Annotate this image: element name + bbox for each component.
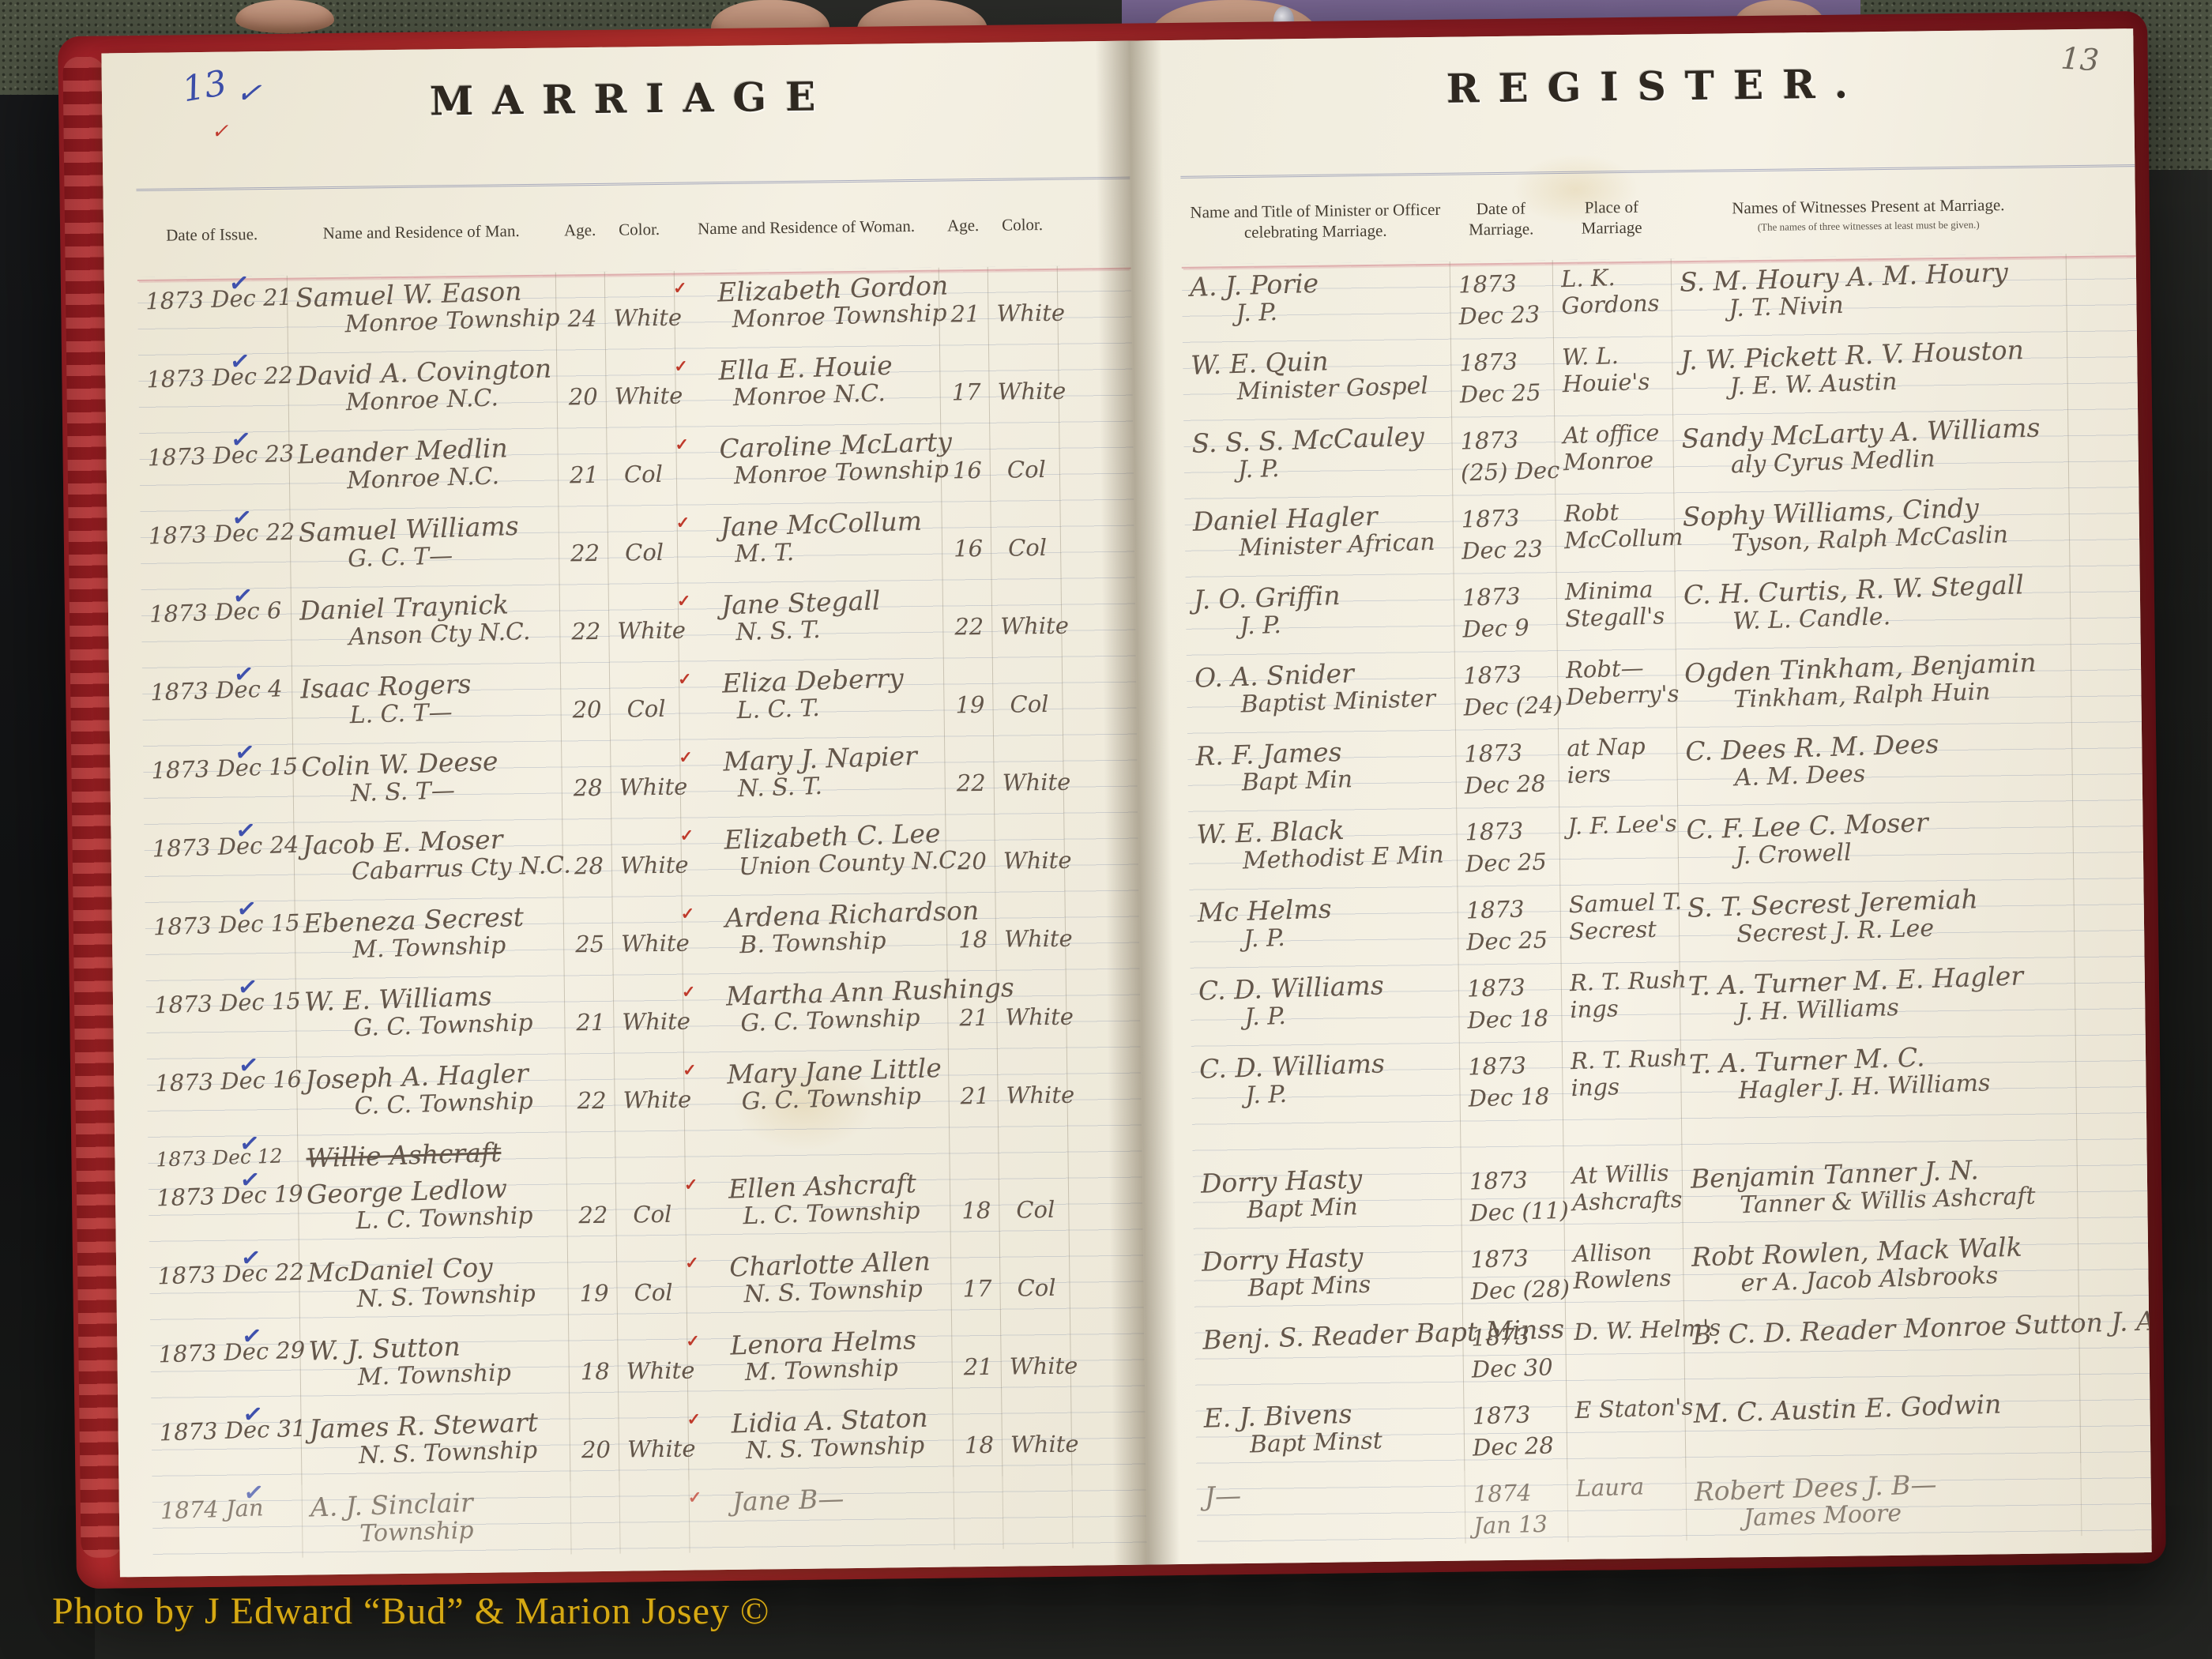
red-check-icon: ✓ — [679, 826, 694, 845]
cell-minister: Mc Helms J. P. — [1189, 887, 1458, 969]
cell-witnesses: B. C. D. Reader Monroe Sutton J. A. Helm… — [1684, 1307, 2080, 1390]
table-row: 1874 Jan ✓ A. J. Sinclair Township ✓ Jan… — [152, 1475, 1147, 1559]
cell-woman-age: 17 — [940, 345, 990, 424]
table-row: E. J. Bivens Bapt Minst 1873 Dec 28 E St… — [1195, 1384, 2150, 1474]
cell-man-age: 21 — [558, 428, 608, 507]
table-row: C. D. Williams J. P. 1873 Dec 18 R. T. R… — [1191, 1035, 2146, 1125]
table-row: 1873 Dec 15 ✓ Colin W. Deese N. S. T— 28… — [143, 735, 1138, 825]
marriage-register-book: 13 ✓ ✓ MARRIAGE Date of Issue. Name and … — [58, 11, 2166, 1589]
cell-issue-date: 1873 Dec 22 ✓ — [140, 510, 291, 590]
marriage-year: 1873 — [1466, 972, 1556, 1003]
cell-woman-color: White — [988, 266, 1059, 345]
woman-residence: N. S. T. — [735, 612, 939, 646]
cell-man-age: 28 — [562, 741, 611, 820]
cell-woman: ✓ Ella E. Houie Monroe N.C. — [675, 346, 941, 427]
cell-woman: ✓ — [685, 1128, 950, 1168]
red-check-icon: ✓ — [679, 747, 693, 767]
issue-date-text: 1873 Dec 6 — [149, 596, 287, 627]
cell-man-color: White — [605, 271, 675, 350]
cell-witnesses: Robert Dees J. B— James Moore — [1686, 1463, 2082, 1540]
blue-check-icon: ✓ — [229, 425, 252, 455]
cell-witnesses: Sandy McLarty A. Williams aly Cyrus Medl… — [1673, 410, 2069, 493]
cell-man: Colin W. Deese N. S. T— — [293, 742, 562, 823]
right-page: REGISTER. 13 Name and Title of Minister … — [1128, 28, 2151, 1564]
woman-residence: Union County N.C. — [738, 847, 941, 881]
cell-woman-color: White — [1001, 1319, 1071, 1398]
cell-man-color: Col — [617, 1246, 687, 1325]
issue-date-text: 1873 Dec 22 — [157, 1258, 295, 1289]
cell-issue-date: 1873 Dec 24 ✓ — [144, 823, 295, 903]
cell-woman-color: White — [998, 1048, 1068, 1127]
cell-woman: ✓ Elizabeth Gordon Monroe Township — [675, 268, 940, 349]
issue-date-text: 1873 Dec 23 — [147, 440, 284, 471]
table-row: J. O. Griffin J. P. 1873 Dec 9 Minima St… — [1186, 566, 2141, 656]
cell-woman: ✓ Mary J. Napier N. S. T. — [680, 737, 946, 818]
marriage-year: 1873 — [1461, 503, 1551, 533]
man-residence: N. S. Township — [356, 1279, 563, 1313]
blue-check-icon: ✓ — [230, 503, 253, 533]
minister-name: Benj. S. Reader Bapt Minss — [1202, 1317, 1458, 1356]
cell-witnesses: Robt Rowlen, Mack Walk er A. Jacob Alsbr… — [1683, 1228, 2079, 1311]
cell-issue-date: 1873 Dec 22 ✓ — [138, 354, 289, 434]
cell-marriage-date: 1874 Jan 13 — [1465, 1469, 1568, 1544]
table-row: 1873 Dec 16 ✓ Joseph A. Hagler C. C. Tow… — [147, 1048, 1142, 1138]
issue-date-text: 1873 Dec 4 — [150, 675, 288, 705]
table-row: 1873 Dec 24 ✓ Jacob E. Moser Cabarrus Ct… — [144, 813, 1138, 903]
minister-title: J. P. — [1237, 450, 1447, 483]
cell-man-age: 22 — [566, 1054, 615, 1133]
cell-issue-date: 1873 Dec 22 ✓ — [149, 1251, 300, 1330]
issue-date-text: 1873 Dec 16 — [155, 1066, 292, 1097]
cell-man-age — [566, 1132, 616, 1169]
woman-residence: Monroe N.C. — [732, 378, 935, 412]
cell-marriage-date: 1873 Dec 30 — [1463, 1313, 1567, 1393]
marriage-year: 1873 — [1469, 1165, 1559, 1195]
finger — [235, 0, 334, 33]
header-age2: Age. — [939, 215, 987, 236]
woman-residence: M. Township — [744, 1352, 947, 1386]
cell-man-color: White — [609, 584, 679, 663]
woman-residence: B. Township — [739, 925, 942, 959]
cell-issue-date: 1873 Dec 4 ✓ — [142, 667, 293, 747]
cell-place: E Staton's — [1567, 1390, 1686, 1469]
place-line1: E Staton's — [1574, 1394, 1680, 1424]
place-line1: At office — [1563, 419, 1668, 449]
blue-check-icon: ✓ — [240, 1322, 263, 1352]
issue-date-text: 1874 Jan — [160, 1493, 297, 1524]
cell-man-color: White — [615, 1053, 685, 1132]
cell-woman-color: White — [992, 579, 1063, 658]
man-name: Willie Ashcraft — [306, 1134, 562, 1173]
cell-place: At office Monroe — [1555, 415, 1674, 495]
marriage-day: Jan 13 — [1473, 1510, 1563, 1540]
cell-marriage-date: 1873 Dec 23 — [1450, 260, 1554, 340]
cell-issue-date: 1873 Dec 15 ✓ — [145, 901, 296, 981]
witnesses-line1: M. C. Austin E. Godwin — [1693, 1386, 2075, 1429]
cell-man-color: White — [611, 740, 681, 819]
issue-date-text: 1873 Dec 24 — [152, 831, 289, 862]
blue-check-icon: ✓ — [243, 1478, 265, 1508]
marriage-day: Dec (11) — [1469, 1197, 1559, 1227]
cell-issue-date: 1873 Dec 21 ✓ — [137, 276, 288, 355]
cell-man: Joseph A. Hagler C. C. Township — [297, 1054, 566, 1135]
minister-title: Minister African — [1239, 528, 1449, 562]
marriage-year: 1873 — [1465, 816, 1555, 846]
table-row: Dorry Hasty Bapt Mins 1873 Dec (28) Alli… — [1194, 1228, 2149, 1318]
cell-witnesses: C. F. Lee C. Moser J. Crowell — [1678, 801, 2074, 884]
red-check-icon: ✓ — [675, 435, 689, 455]
table-row: S. S. S. McCauley J. P. 1873 (25) Dec At… — [1183, 409, 2139, 499]
cell-place: D. W. Helm's — [1566, 1311, 1685, 1391]
cell-minister — [1192, 1122, 1461, 1161]
marriage-day: Dec 25 — [1466, 926, 1556, 956]
cell-man-color: White — [618, 1324, 688, 1403]
cell-woman: ✓ Mary Jane Little G. C. Township — [684, 1050, 950, 1131]
cell-minister: Dorry Hasty Bapt Mins — [1194, 1236, 1463, 1318]
marriage-year — [1469, 1129, 1558, 1132]
place-line1: Samuel T. — [1568, 888, 1674, 918]
place-line2: Ashcrafts — [1572, 1186, 1678, 1216]
man-residence: C. C. Township — [354, 1086, 561, 1120]
cell-man: Isaac Rogers L. C. T— — [292, 664, 562, 745]
cell-woman: ✓ Jane B— — [689, 1477, 954, 1553]
header-age: Age. — [555, 220, 604, 241]
cell-place: J. F. Lee's — [1559, 806, 1679, 886]
issue-date-text: 1873 Dec 15 — [152, 909, 290, 940]
cell-marriage-date: 1873 (25) Dec — [1452, 416, 1556, 496]
cell-man-age: 22 — [567, 1168, 617, 1247]
cell-woman-color: White — [1002, 1398, 1072, 1477]
cell-woman-age — [954, 1477, 1003, 1550]
man-residence: Monroe N.C. — [346, 461, 553, 495]
blue-check-icon: ✓ — [236, 972, 259, 1003]
cell-marriage-date: 1873 Dec (11) — [1461, 1157, 1565, 1236]
place-line2: Deberry's — [1566, 680, 1672, 710]
place-line2: McCollum — [1564, 524, 1670, 554]
cell-marriage-date — [1461, 1120, 1564, 1158]
table-row: 1873 Dec 15 ✓ W. E. Williams G. C. Towns… — [146, 969, 1141, 1059]
place-line2: Stegall's — [1565, 602, 1671, 632]
page-title-register: REGISTER. — [1179, 57, 2135, 115]
minister-title — [1246, 1123, 1455, 1129]
cell-issue-date: 1874 Jan ✓ — [152, 1485, 303, 1559]
cell-woman-age: 18 — [946, 893, 996, 972]
cell-issue-date: 1873 Dec 12 ✓ — [148, 1136, 299, 1174]
header-man: Name and Residence of Man. — [287, 220, 555, 243]
cell-witnesses: C. H. Curtis, R. W. Stegall W. L. Candle… — [1676, 566, 2071, 649]
cell-man: W. E. Williams G. C. Township — [296, 976, 566, 1057]
minister-title: J. P. — [1244, 997, 1454, 1031]
table-row: 1873 Dec 22 ✓ David A. Covington Monroe … — [138, 344, 1133, 434]
cell-minister: J— — [1196, 1471, 1465, 1547]
cell-woman: ✓ Ardena Richardson B. Township — [682, 893, 947, 975]
cell-woman-color: White — [989, 344, 1059, 423]
cell-woman: ✓ Elizabeth C. Lee Union County N.C. — [681, 815, 946, 897]
red-check-icon: ✓ — [686, 1331, 700, 1351]
place-line1: W. L. — [1562, 340, 1668, 371]
red-check-icon: ✓ — [687, 1409, 701, 1429]
cell-man-age: 25 — [563, 897, 613, 976]
woman-residence: Monroe Township — [732, 299, 935, 333]
cell-woman-color: Col — [990, 423, 1060, 502]
cell-minister: R. F. James Bapt Min — [1187, 731, 1457, 812]
header-color: Color. — [604, 219, 674, 240]
marriage-year: 1873 — [1461, 581, 1552, 611]
cell-place: Samuel T. Secrest — [1560, 884, 1680, 964]
blue-check-icon: ✓ — [239, 1165, 261, 1195]
cell-woman: ✓ Caroline McLarty Monroe Township — [676, 424, 942, 506]
blue-check-icon: ✓ — [235, 894, 258, 924]
cell-man-age: 19 — [568, 1247, 618, 1326]
cell-man-color: White — [614, 975, 684, 1054]
cell-minister: E. J. Bivens Bapt Minst — [1195, 1393, 1465, 1474]
cell-woman-age: 16 — [941, 423, 991, 502]
place-line1: L. K. — [1560, 262, 1666, 292]
cell-man-age: 20 — [557, 350, 607, 429]
right-column-headers: Name and Title of Minister or Officer ce… — [1180, 164, 2135, 269]
header-witnesses-note: (The names of three witnesses at least m… — [1677, 217, 2060, 235]
marriage-year: 1874 — [1473, 1478, 1563, 1508]
cell-man: Ebeneza Secrest M. Township — [295, 897, 564, 979]
red-check-icon: ✓ — [678, 669, 692, 689]
table-row: W. E. Black Methodist E Min 1873 Dec 25 … — [1188, 800, 2143, 890]
place-line1: Allison — [1573, 1237, 1679, 1267]
marriage-year: 1873 — [1465, 894, 1556, 924]
cell-issue-date: 1873 Dec 16 ✓ — [147, 1058, 298, 1138]
red-check-icon: ✓ — [684, 1175, 698, 1194]
cell-place: W. L. Houie's — [1554, 337, 1673, 416]
cell-marriage-date: 1873 Dec 25 — [1457, 807, 1560, 887]
issue-date-text: 1873 Dec 15 — [151, 753, 288, 784]
cell-woman-age: 21 — [948, 971, 998, 1050]
man-residence: Monroe N.C. — [345, 382, 552, 416]
marriage-day — [1469, 1129, 1558, 1132]
cell-minister: C. D. Williams J. P. — [1191, 965, 1460, 1047]
cell-man: James R. Stewart N. S. Township — [301, 1403, 570, 1484]
cell-marriage-date: 1873 Dec 18 — [1459, 964, 1563, 1044]
woman-residence: Monroe Township — [733, 456, 936, 490]
marriage-year: 1873 — [1472, 1400, 1562, 1430]
cell-woman-color: Col — [1000, 1241, 1070, 1320]
cell-woman: ✓ Martha Ann Rushings G. C. Township — [683, 972, 949, 1053]
woman-residence — [742, 1129, 944, 1135]
cell-woman-color: White — [995, 814, 1065, 893]
cell-place: Minima Stegall's — [1557, 571, 1676, 651]
table-row: Dorry Hasty Bapt Min 1873 Dec (11) At Wi… — [1193, 1149, 2148, 1240]
cell-woman-color — [1003, 1476, 1073, 1549]
man-residence: Township — [359, 1514, 566, 1548]
marriage-year: 1873 — [1468, 1051, 1558, 1081]
cell-witnesses: Benjamin Tanner J. N. Tanner & Willis As… — [1683, 1150, 2078, 1233]
table-row: Daniel Hagler Minister African 1873 Dec … — [1184, 487, 2139, 577]
issue-date-text: 1873 Dec 29 — [158, 1337, 295, 1367]
table-row: 1873 Dec 29 ✓ W. J. Sutton M. Township 1… — [150, 1319, 1145, 1409]
cell-witnesses: Sophy Williams, Cindy Tyson, Ralph McCas… — [1674, 488, 2070, 571]
cell-woman-color — [999, 1127, 1069, 1164]
minister-title: Methodist E Min — [1242, 841, 1452, 875]
cell-woman: ✓ Lidia A. Staton N. S. Township — [688, 1399, 954, 1480]
table-row: Benj. S. Reader Bapt Minss 1873 Dec 30 D… — [1194, 1306, 2150, 1396]
cell-issue-date: 1873 Dec 31 ✓ — [151, 1407, 302, 1487]
cell-minister: Dorry Hasty Bapt Min — [1193, 1158, 1462, 1240]
woman-name: Jane B— — [732, 1480, 949, 1518]
cell-marriage-date: 1873 Dec 25 — [1451, 338, 1555, 418]
cell-witnesses: J. W. Pickett R. V. Houston J. E. W. Aus… — [1672, 332, 2068, 415]
cell-woman-age: 16 — [942, 502, 991, 581]
minister-title: J. P. — [1243, 919, 1454, 953]
cell-marriage-date: 1873 Dec 9 — [1454, 573, 1558, 653]
cell-issue-date: 1873 Dec 23 ✓ — [139, 432, 290, 512]
blue-check-icon: ✓ — [232, 660, 255, 690]
red-check-icon: ✓ — [673, 279, 687, 299]
cell-woman: ✓ Eliza Deberry L. C. T. — [679, 659, 945, 740]
marriage-year: 1873 — [1470, 1243, 1560, 1273]
man-residence: M. Township — [357, 1357, 564, 1391]
cell-marriage-date: 1873 Dec (28) — [1462, 1235, 1566, 1315]
cell-place: Laura — [1567, 1468, 1687, 1542]
woman-residence: G. C. Township — [740, 1003, 943, 1037]
minister-title: Bapt Mins — [1247, 1268, 1458, 1302]
cell-marriage-date: 1873 Dec 28 — [1464, 1391, 1567, 1471]
marriage-day: Dec 18 — [1467, 1004, 1557, 1034]
minister-title: Bapt Minst — [1249, 1424, 1459, 1458]
marriage-year: 1873 — [1459, 347, 1549, 377]
table-row: 1873 Dec 4 ✓ Isaac Rogers L. C. T— 20 Co… — [142, 656, 1137, 747]
marriage-day: Dec 23 — [1458, 300, 1548, 330]
cell-minister: J. O. Griffin J. P. — [1186, 574, 1455, 656]
cell-witnesses: T. A. Turner M. E. Hagler J. H. Williams — [1680, 957, 2076, 1040]
red-check-icon: ✓ — [688, 1488, 702, 1507]
cell-woman-age: 20 — [946, 814, 995, 893]
cell-man: Willie Ashcraft — [298, 1132, 567, 1172]
table-row: J— 1874 Jan 13 Laura Robert Dees J. B— J… — [1196, 1462, 2151, 1547]
blue-check-icon: ✓ — [239, 1243, 262, 1273]
left-page: 13 ✓ ✓ MARRIAGE Date of Issue. Name and … — [101, 41, 1146, 1578]
woman-residence: L. C. Township — [743, 1196, 946, 1230]
marriage-year: 1873 — [1460, 425, 1550, 455]
place-line2: Gordons — [1561, 289, 1667, 319]
blue-check-icon: ✓ — [233, 738, 256, 768]
cell-man-color: Col — [616, 1168, 687, 1247]
cell-minister: A. J. Porie J. P. — [1182, 261, 1451, 343]
cell-issue-date: 1873 Dec 29 ✓ — [150, 1329, 301, 1409]
header-date-of-marriage: Date of Marriage. — [1450, 197, 1553, 240]
cell-marriage-date: 1873 Dec (24) — [1455, 651, 1559, 731]
cell-man: Samuel Williams G. C. T— — [290, 507, 559, 589]
cell-marriage-date: 1873 Dec 28 — [1456, 729, 1559, 809]
left-column-headers: Date of Issue. Name and Residence of Man… — [136, 177, 1130, 281]
cell-place: Robt McCollum — [1556, 493, 1675, 573]
cell-witnesses: C. Dees R. M. Dees A. M. Dees — [1677, 723, 2073, 806]
red-check-icon: ✓ — [683, 1060, 697, 1080]
cell-man-age: 20 — [570, 1403, 619, 1482]
cell-man-age: 28 — [562, 819, 612, 898]
blue-check-icon: ✓ — [228, 347, 251, 377]
cell-witnesses: S. M. Houry A. M. Houry J. T. Nivin — [1672, 254, 2067, 337]
place-line1: at Nap — [1567, 732, 1672, 762]
table-row: 1873 Dec 6 ✓ Daniel Traynick Anson Cty N… — [141, 578, 1136, 668]
man-residence: G. C. Township — [353, 1008, 560, 1042]
cell-woman-age: 22 — [945, 736, 995, 815]
table-row: 1873 Dec 31 ✓ James R. Stewart N. S. Tow… — [151, 1397, 1145, 1487]
cell-man-age: 21 — [565, 976, 615, 1055]
issue-date-text: 1873 Dec 22 — [146, 362, 284, 393]
cell-man: Samuel W. Eason Monroe Township — [288, 273, 557, 354]
marriage-day: (25) Dec — [1460, 457, 1550, 487]
table-row: Mc Helms J. P. 1873 Dec 25 Samuel T. Sec… — [1189, 878, 2144, 969]
right-page-entries: A. J. Porie J. P. 1873 Dec 23 L. K. Gord… — [1182, 253, 2152, 1564]
cell-woman-age: 18 — [950, 1164, 1000, 1243]
minister-title: Baptist Minister — [1240, 684, 1450, 718]
table-row: 1873 Dec 19 ✓ George Ledlow L. C. Townsh… — [149, 1162, 1143, 1252]
issue-date-text: 1873 Dec 22 — [148, 518, 285, 549]
red-check-icon: ✓ — [685, 1253, 699, 1273]
man-residence: N. S. T— — [350, 773, 557, 807]
cell-woman-age: 21 — [949, 1049, 999, 1128]
cell-man: George Ledlow L. C. Township — [299, 1168, 568, 1250]
marriage-day: Dec 28 — [1473, 1431, 1563, 1461]
marriage-year: 1873 — [1464, 738, 1554, 768]
man-residence: L. C. T— — [349, 695, 556, 729]
marriage-day: Dec 30 — [1471, 1353, 1561, 1383]
marriage-day: Dec (28) — [1470, 1275, 1560, 1305]
cell-witnesses: T. A. Turner M. C. Hagler J. H. Williams — [1681, 1036, 2077, 1119]
man-residence: G. C. T— — [348, 539, 555, 573]
red-check-icon: ✓ — [674, 357, 688, 377]
cell-man-age: 24 — [556, 272, 606, 351]
cell-minister: W. E. Quin Minister Gospel — [1183, 340, 1452, 421]
cell-man-color: Col — [608, 506, 678, 585]
woman-residence: N. S. Township — [746, 1431, 949, 1465]
marriage-year: 1873 — [1463, 660, 1553, 690]
place-line2 — [1571, 1123, 1676, 1126]
header-place-of-marriage: Place of Marriage — [1552, 196, 1672, 239]
cell-woman-color: Col — [999, 1163, 1070, 1242]
cell-issue-date: 1873 Dec 15 ✓ — [146, 980, 297, 1059]
marriage-day: Dec 28 — [1464, 769, 1554, 799]
place-line1: Laura — [1575, 1472, 1681, 1502]
blue-check-icon: ✓ — [234, 816, 257, 846]
cell-minister: C. D. Williams J. P. — [1191, 1044, 1461, 1125]
woman-residence: N. S. T. — [737, 769, 940, 803]
cell-marriage-date: 1873 Dec 18 — [1460, 1042, 1563, 1122]
marriage-day: Dec 25 — [1465, 848, 1556, 878]
cell-woman: ✓ Jane McCollum M. T. — [677, 502, 942, 584]
cell-issue-date: 1873 Dec 6 ✓ — [141, 589, 292, 668]
cell-place: At Willis Ashcrafts — [1564, 1155, 1683, 1235]
cell-man-age: 20 — [561, 663, 611, 742]
cell-man-color — [615, 1131, 686, 1168]
cell-minister: S. S. S. McCauley J. P. — [1183, 418, 1453, 499]
cell-place: R. T. Rush ings — [1562, 962, 1681, 1042]
place-line2: ings — [1571, 1071, 1676, 1101]
cell-man-age — [570, 1481, 620, 1555]
cell-minister: Benj. S. Reader Bapt Minss — [1194, 1315, 1464, 1396]
minister-title: J. P. — [1240, 606, 1450, 640]
witnesses-line1: B. C. D. Reader Monroe Sutton J. A. Helm… — [1692, 1308, 2075, 1351]
issue-date-text: 1873 Dec 21 — [145, 284, 283, 314]
cell-man: Jacob E. Moser Cabarrus Cty N.C. — [294, 819, 563, 901]
place-line1: D. W. Helm's — [1574, 1315, 1680, 1345]
cell-woman-color: Col — [991, 501, 1061, 580]
header-color2: Color. — [987, 214, 1057, 235]
cell-woman: ✓ Charlotte Allen N. S. Township — [687, 1243, 952, 1324]
place-line2: Houie's — [1562, 367, 1668, 397]
place-line1: Robt — [1563, 497, 1669, 527]
open-pages: 13 ✓ ✓ MARRIAGE Date of Issue. Name and … — [101, 28, 2151, 1577]
page-number: 13 — [2060, 41, 2100, 78]
table-row: A. J. Porie J. P. 1873 Dec 23 L. K. Gord… — [1182, 253, 2137, 343]
